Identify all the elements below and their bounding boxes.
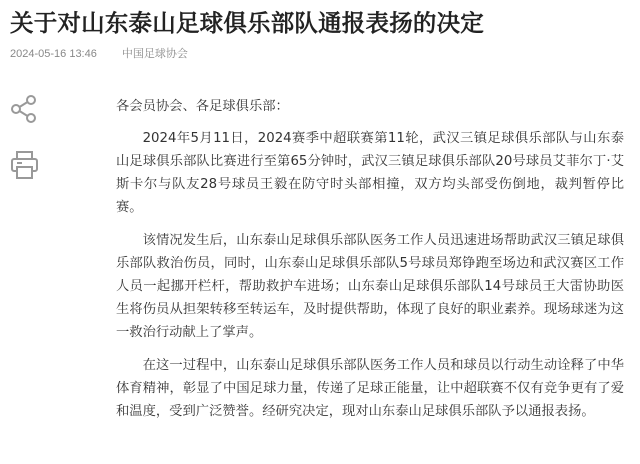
article-meta: 2024-05-16 13:46 中国足球协会 [10, 45, 188, 61]
article-source: 中国足球协会 [122, 48, 188, 60]
print-icon[interactable] [10, 150, 40, 180]
share-icon[interactable] [10, 94, 40, 124]
article-tools [10, 94, 42, 180]
paragraph: 在这一过程中，山东泰山足球俱乐部队医务工作人员和球员以行动生动诠释了中华体育精神… [116, 354, 624, 423]
article-title: 关于对山东泰山足球俱乐部队通报表扬的决定 [10, 6, 484, 40]
paragraph: 2024年5月11日，2024赛季中超联赛第11轮，武汉三镇足球俱乐部队与山东泰… [116, 127, 624, 219]
salutation: 各会员协会、各足球俱乐部： [116, 95, 624, 118]
paragraph: 该情况发生后，山东泰山足球俱乐部队医务工作人员迅速进场帮助武汉三镇足球俱乐部队救… [116, 229, 624, 344]
publish-date: 2024-05-16 13:46 [10, 48, 97, 60]
article-body: 各会员协会、各足球俱乐部： 2024年5月11日，2024赛季中超联赛第11轮，… [116, 95, 624, 433]
